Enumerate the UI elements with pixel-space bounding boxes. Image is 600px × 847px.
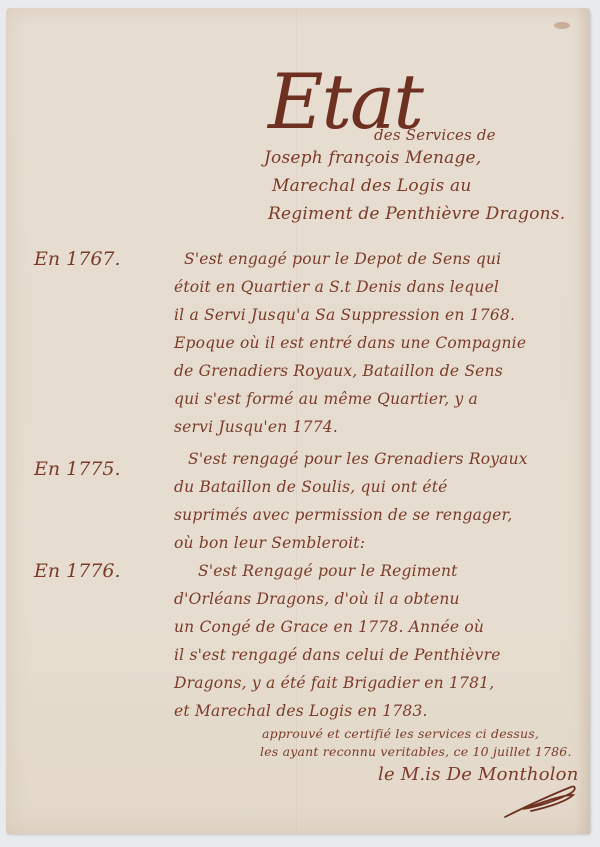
header-line-regiment: Regiment de Penthièvre Dragons. [268, 204, 565, 224]
entry-1776-line: et Marechal des Logis en 1783. [174, 702, 428, 720]
entry-1767-line: S'est engagé pour le Depot de Sens qui [184, 250, 501, 268]
entry-1767-line: qui s'est formé au même Quartier, y a [174, 390, 478, 408]
entry-1775-line: suprimés avec permission de se rengager, [174, 506, 513, 524]
entry-1767-line: il a Servi Jusqu'a Sa Suppression en 176… [174, 306, 515, 324]
signature-flourish-icon [501, 781, 581, 821]
entry-1775-line: où bon leur Sembleroit: [174, 534, 365, 552]
document-title-rest: des Services de [374, 126, 496, 144]
entry-1776-line: S'est Rengagé pour le Regiment [198, 562, 458, 580]
manuscript-page: Etat des Services de Joseph françois Men… [6, 8, 590, 834]
entry-1776-line: d'Orléans Dragons, d'où il a obtenu [174, 590, 460, 608]
entry-1776-line: Dragons, y a été fait Brigadier en 1781, [174, 674, 494, 692]
entry-1776-line: un Congé de Grace en 1778. Année où [174, 618, 484, 636]
entry-1775-line: S'est rengagé pour les Grenadiers Royaux [188, 450, 528, 468]
entry-year-1767: En 1767. [34, 248, 121, 270]
entry-1775-line: du Bataillon de Soulis, qui ont été [174, 478, 448, 496]
entry-year-1775: En 1775. [34, 458, 121, 480]
attestation-line: approuvé et certifié les services ci des… [262, 726, 539, 741]
entry-1767-line: Epoque où il est entré dans une Compagni… [174, 334, 526, 352]
header-line-rank: Marechal des Logis au [272, 176, 472, 196]
attestation-line: les ayant reconnu veritables, ce 10 juil… [260, 744, 572, 759]
entry-1776-line: il s'est rengagé dans celui de Penthièvr… [174, 646, 501, 664]
entry-1767-line: de Grenadiers Royaux, Bataillon de Sens [174, 362, 503, 380]
entry-year-1776: En 1776. [34, 560, 121, 582]
ink-stain [554, 22, 570, 29]
entry-1767-line: servi Jusqu'en 1774. [174, 418, 338, 436]
header-line-name: Joseph françois Menage, [264, 148, 481, 168]
entry-1767-line: étoit en Quartier a S.t Denis dans leque… [174, 278, 499, 296]
